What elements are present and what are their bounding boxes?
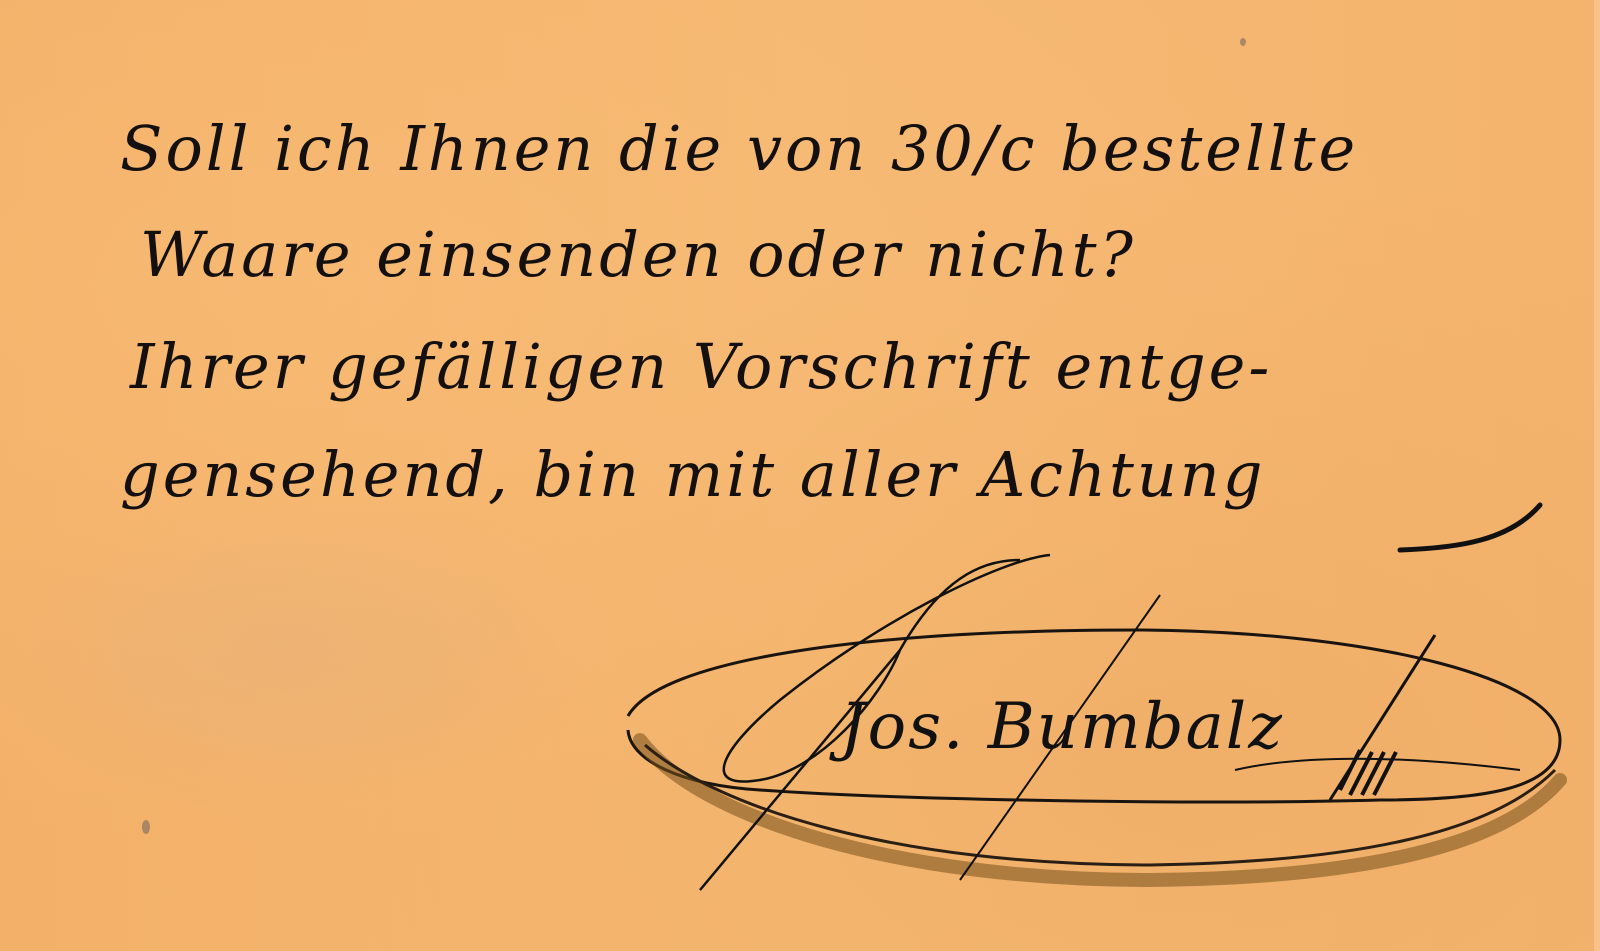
handwritten-line-3: Ihrer gefälligen Vorschrift entge- — [130, 330, 1272, 403]
handwritten-line-4: gensehend, bin mit aller Achtung — [120, 438, 1265, 511]
handwritten-line-1: Soll ich Ihnen die von 30/c bestellte — [120, 112, 1358, 185]
ink-speck — [142, 820, 150, 834]
handwritten-line-2: Waare einsenden oder nicht? — [140, 218, 1136, 291]
paper-edge — [1594, 0, 1600, 951]
signature: Jos. Bumbalz — [840, 690, 1284, 764]
ink-speck — [1240, 38, 1246, 46]
